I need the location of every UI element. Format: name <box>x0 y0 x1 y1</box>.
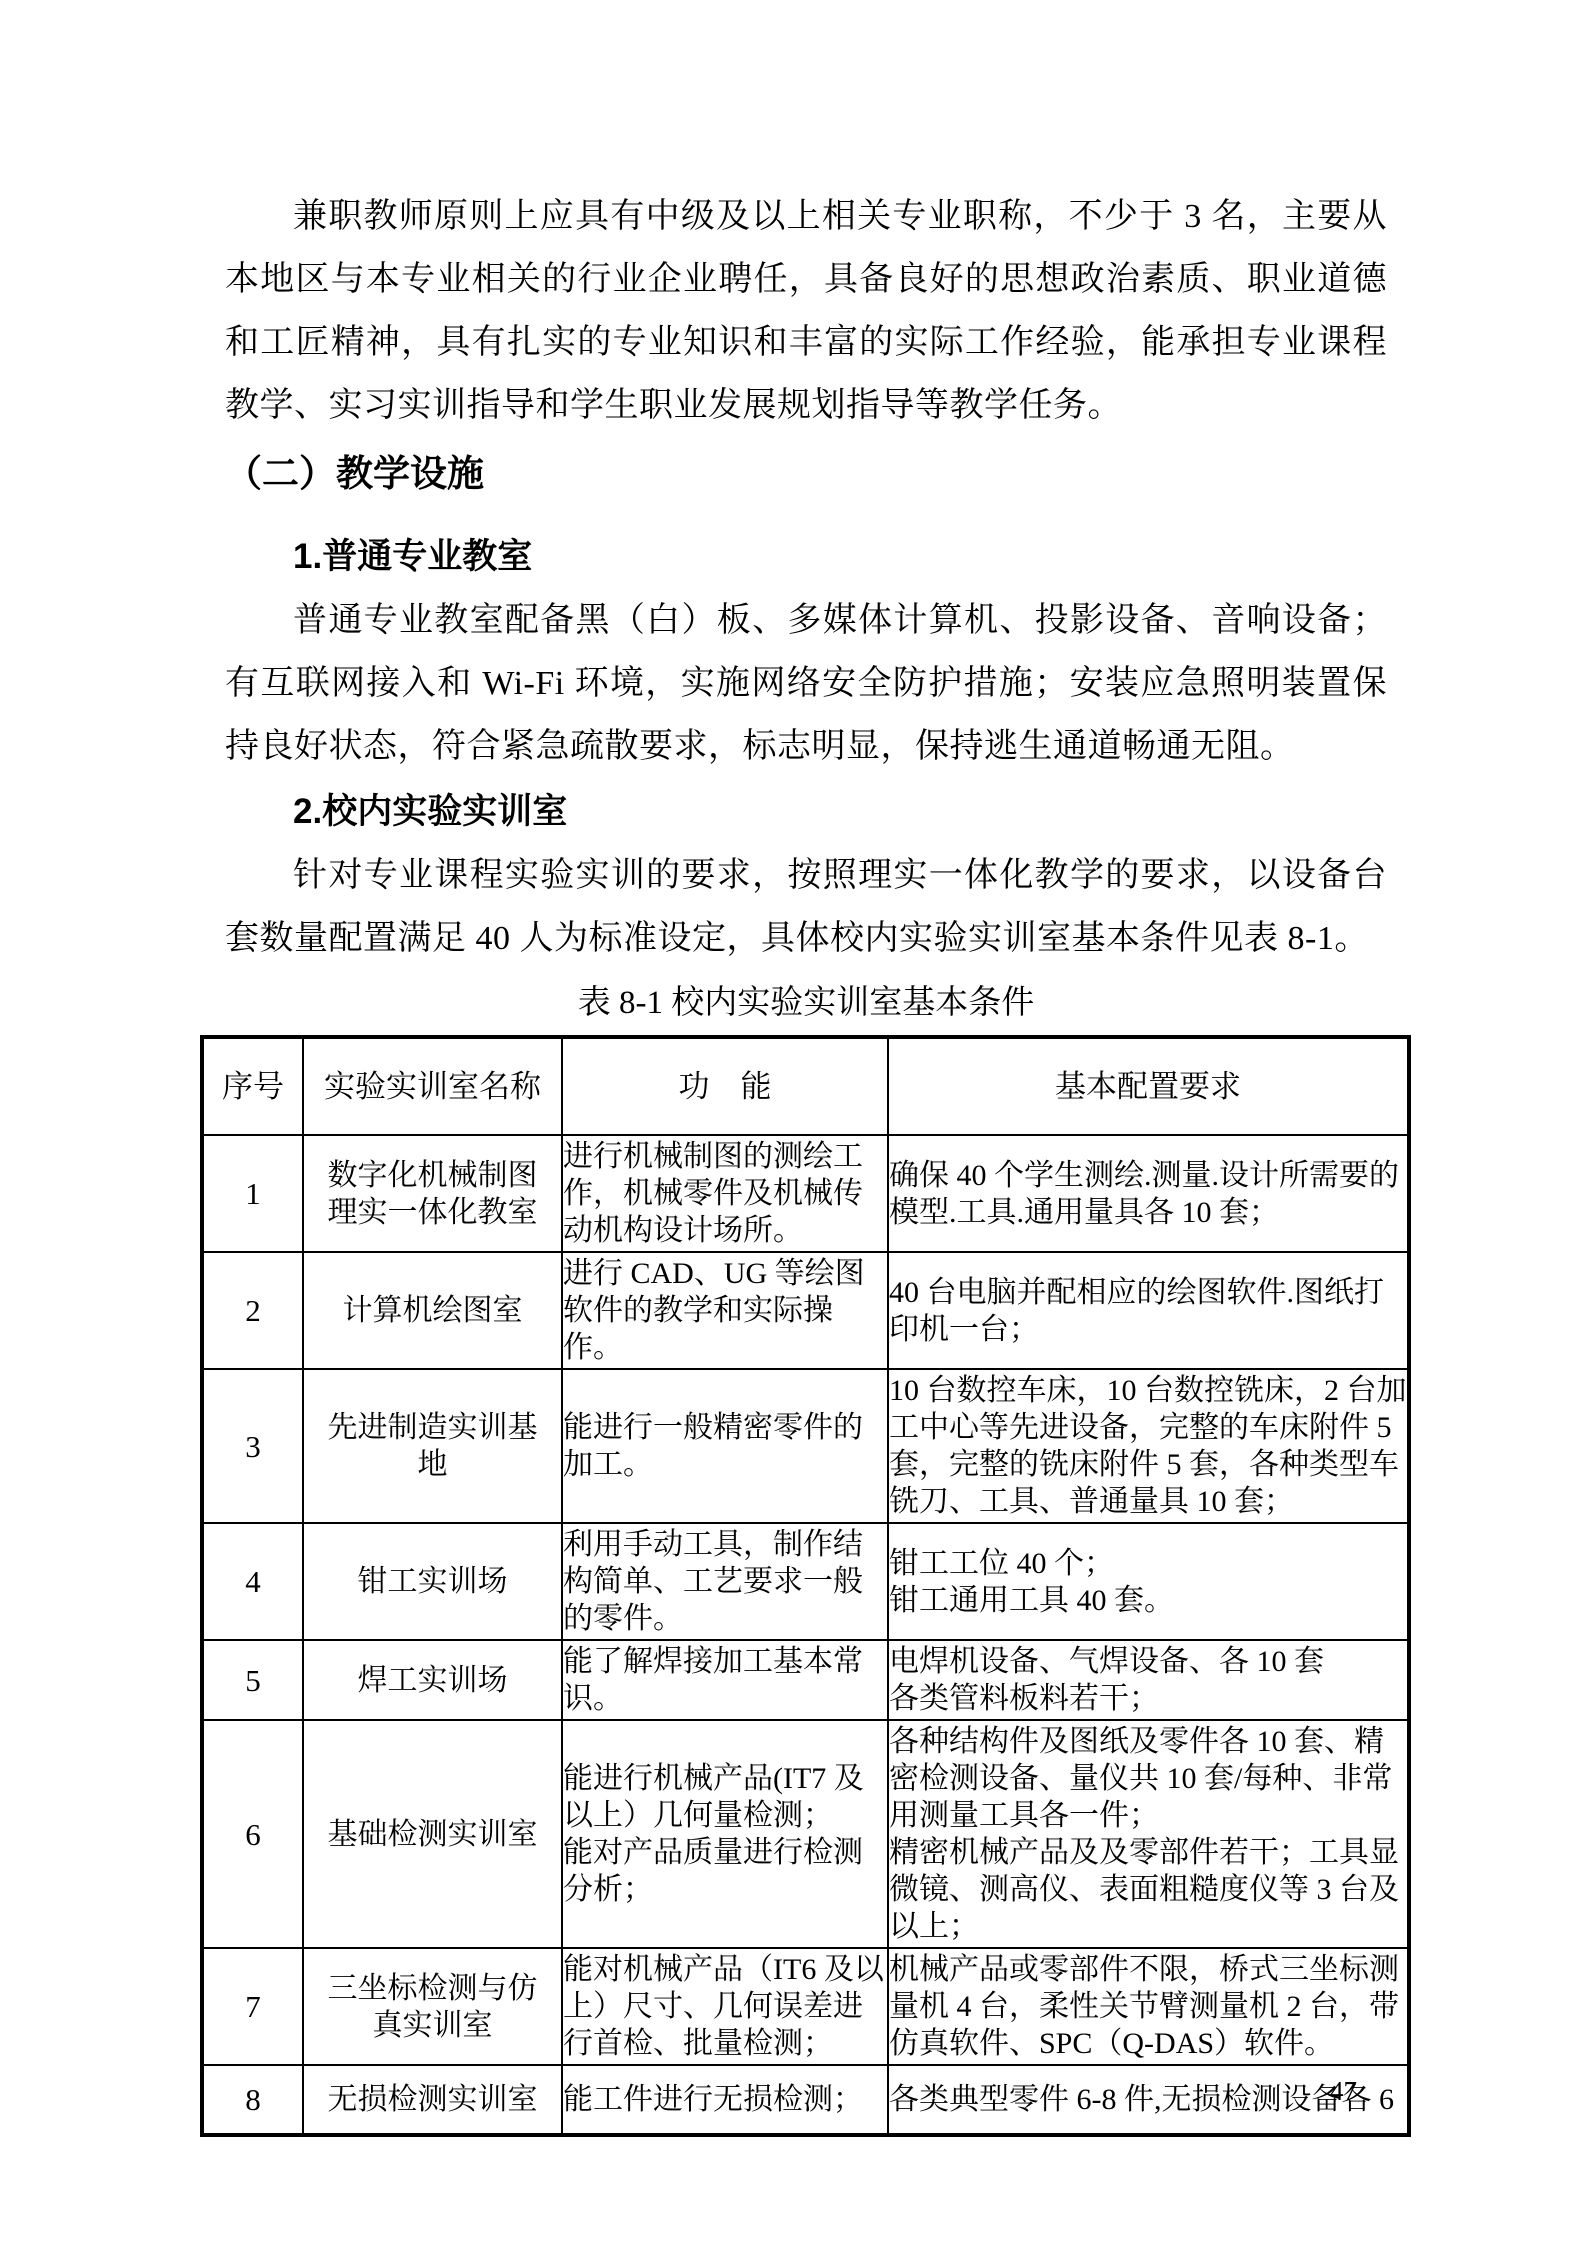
room-name-cell: 基础检测实训室 <box>303 1720 562 1948</box>
document-page: 兼职教师原则上应具有中级及以上相关专业职称，不少于 3 名，主要从本地区与本专业… <box>0 0 1587 2245</box>
header-config: 基本配置要求 <box>888 1037 1409 1135</box>
table-row: 1 数字化机械制图 理实一体化教室 进行机械制图的测绘工作，机械零件及机械传动机… <box>202 1135 1409 1252</box>
function-cell: 能工件进行无损检测； <box>562 2065 888 2135</box>
paragraph-ordinary-classroom: 普通专业教室配备黑（白）板、多媒体计算机、投影设备、音响设备；有互联网接入和 W… <box>225 589 1387 778</box>
paragraph-part-time-teachers: 兼职教师原则上应具有中级及以上相关专业职称，不少于 3 名，主要从本地区与本专业… <box>225 185 1387 437</box>
paragraph-campus-training-room: 针对专业课程实验实训的要求，按照理实一体化教学的要求，以设备台套数量配置满足 4… <box>225 844 1387 970</box>
row-no-cell: 2 <box>202 1252 303 1369</box>
table-row: 6 基础检测实训室 能进行机械产品(IT7 及以上）几何量检测； 能对产品质量进… <box>202 1720 1409 1948</box>
table-row: 7 三坐标检测与仿 真实训室 能对机械产品（IT6 及以上）尺寸、几何误差进行首… <box>202 1948 1409 2065</box>
row-no-cell: 6 <box>202 1720 303 1948</box>
room-name-cell: 先进制造实训基 地 <box>303 1369 562 1523</box>
row-no-cell: 5 <box>202 1640 303 1720</box>
table-row: 8 无损检测实训室 能工件进行无损检测； 各类典型零件 6-8 件,无损检测设备… <box>202 2065 1409 2135</box>
room-name-cell: 无损检测实训室 <box>303 2065 562 2135</box>
row-no-cell: 4 <box>202 1523 303 1640</box>
row-no-cell: 3 <box>202 1369 303 1523</box>
room-name-cell: 计算机绘图室 <box>303 1252 562 1369</box>
config-cell: 10 台数控车床，10 台数控铣床，2 台加工中心等先进设备，完整的车床附件 5… <box>888 1369 1409 1523</box>
config-cell: 40 台电脑并配相应的绘图软件.图纸打印机一台； <box>888 1252 1409 1369</box>
room-name-cell: 钳工实训场 <box>303 1523 562 1640</box>
header-room-name: 实验实训室名称 <box>303 1037 562 1135</box>
sub-heading-ordinary-classroom: 1.普通专业教室 <box>225 525 1387 589</box>
function-cell: 进行机械制图的测绘工作，机械零件及机械传动机构设计场所。 <box>562 1135 888 1252</box>
row-no-cell: 8 <box>202 2065 303 2135</box>
config-cell: 钳工工位 40 个； 钳工通用工具 40 套。 <box>888 1523 1409 1640</box>
table-caption: 表 8-1 校内实验实训室基本条件 <box>225 972 1387 1035</box>
config-cell: 确保 40 个学生测绘.测量.设计所需要的模型.工具.通用量具各 10 套； <box>888 1135 1409 1252</box>
config-cell: 机械产品或零部件不限，桥式三坐标测量机 4 台，柔性关节臂测量机 2 台，带仿真… <box>888 1948 1409 2065</box>
config-cell: 各种结构件及图纸及零件各 10 套、精密检测设备、量仪共 10 套/每种、非常用… <box>888 1720 1409 1948</box>
table-row: 3 先进制造实训基 地 能进行一般精密零件的加工。 10 台数控车床，10 台数… <box>202 1369 1409 1523</box>
table-header-row: 序号 实验实训室名称 功 能 基本配置要求 <box>202 1037 1409 1135</box>
function-cell: 利用手动工具，制作结构简单、工艺要求一般的零件。 <box>562 1523 888 1640</box>
room-name-cell: 焊工实训场 <box>303 1640 562 1720</box>
page-content: 兼职教师原则上应具有中级及以上相关专业职称，不少于 3 名，主要从本地区与本专业… <box>0 0 1587 2137</box>
row-no-cell: 7 <box>202 1948 303 2065</box>
function-cell: 能进行一般精密零件的加工。 <box>562 1369 888 1523</box>
row-no-cell: 1 <box>202 1135 303 1252</box>
page-number: 47 <box>1330 2075 1357 2107</box>
sub-heading-campus-training-room: 2.校内实验实训室 <box>225 780 1387 844</box>
header-function: 功 能 <box>562 1037 888 1135</box>
function-cell: 进行 CAD、UG 等绘图软件的教学和实际操作。 <box>562 1252 888 1369</box>
function-cell: 能了解焊接加工基本常识。 <box>562 1640 888 1720</box>
table-row: 4 钳工实训场 利用手动工具，制作结构简单、工艺要求一般的零件。 钳工工位 40… <box>202 1523 1409 1640</box>
training-room-table: 序号 实验实训室名称 功 能 基本配置要求 1 数字化机械制图 理实一体化教室 … <box>200 1035 1411 2137</box>
table-row: 2 计算机绘图室 进行 CAD、UG 等绘图软件的教学和实际操作。 40 台电脑… <box>202 1252 1409 1369</box>
header-no: 序号 <box>202 1037 303 1135</box>
room-name-cell: 三坐标检测与仿 真实训室 <box>303 1948 562 2065</box>
config-cell: 电焊机设备、气焊设备、各 10 套 各类管料板料若干； <box>888 1640 1409 1720</box>
function-cell: 能对机械产品（IT6 及以上）尺寸、几何误差进行首检、批量检测； <box>562 1948 888 2065</box>
room-name-cell: 数字化机械制图 理实一体化教室 <box>303 1135 562 1252</box>
function-cell: 能进行机械产品(IT7 及以上）几何量检测； 能对产品质量进行检测分析； <box>562 1720 888 1948</box>
section-heading-teaching-facilities: （二）教学设施 <box>225 440 1387 508</box>
table-row: 5 焊工实训场 能了解焊接加工基本常识。 电焊机设备、气焊设备、各 10 套 各… <box>202 1640 1409 1720</box>
